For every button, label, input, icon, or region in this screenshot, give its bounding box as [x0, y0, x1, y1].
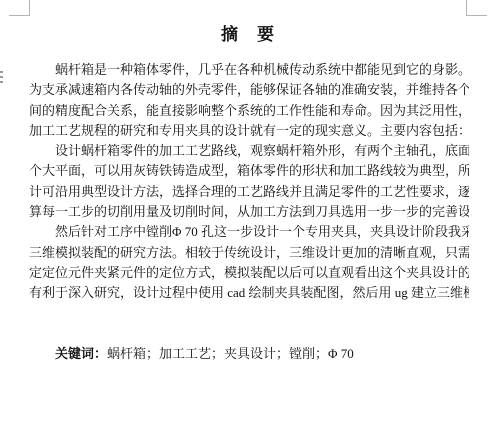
keywords-line: 关键词：蜗杆箱；加工工艺；夹具设计；镗削；Φ 70: [29, 344, 469, 364]
text-line: 算每一工步的切削用量及切削时间，从加工方法到刀具选用一步一步的完善设计。: [29, 202, 469, 222]
crop-mark-top-left-horizontal: [9, 15, 30, 16]
text-line: 个大平面，可以用灰铸铁铸造成型，箱体零件的形状和加工路线较为典型，所以设: [29, 161, 469, 181]
text-line: 蜗杆箱是一种箱体零件，几乎在各种机械传动系统中都能见到它的身影。它作: [29, 60, 469, 80]
page-edge-marker: [0, 71, 4, 86]
text-line: 加工工艺规程的研究和专用夹具的设计就有一定的现实意义。主要内容包括：: [29, 121, 469, 141]
paragraph-2: 设计蜗杆箱零件的加工工艺路线，观察蜗杆箱外形，有两个主轴孔，底面是一个大平面，可…: [29, 141, 469, 222]
page-title: 摘 要: [0, 20, 496, 45]
text-line: 有利于深入研究，设计过程中使用 cad 绘制夹具装配图，然后用 ug 建立三维模…: [29, 283, 469, 303]
crop-mark-top-left-vertical: [29, 0, 30, 16]
keywords-label: 关键词：: [55, 346, 107, 361]
crop-mark-top-right-horizontal: [466, 15, 487, 16]
text-line: 计可沿用典型设计方法，选择合理的工艺路线并且满足零件的工艺性要求，逐步计: [29, 182, 469, 202]
document-page: 摘 要 蜗杆箱是一种箱体零件，几乎在各种机械传动系统中都能见到它的身影。它作为支…: [0, 0, 496, 432]
abstract-body: 蜗杆箱是一种箱体零件，几乎在各种机械传动系统中都能见到它的身影。它作为支承减速箱…: [29, 60, 469, 304]
text-line: 定定位元件夹紧元件的定位方式，模拟装配以后可以直观看出这个夹具设计的优劣，: [29, 263, 469, 283]
text-line: 间的精度配合关系，能直接影响整个系统的工作性能和寿命。因为其泛用性，对它: [29, 101, 469, 121]
text-line: 为支承减速箱内各传动轴的外壳零件，能够保证各轴的准确安装，并维持各个轴之: [29, 80, 469, 100]
keywords-text: 蜗杆箱；加工工艺；夹具设计；镗削；Φ 70: [107, 346, 354, 361]
paragraph-3: 然后针对工序中镗削Φ 70 孔这一步设计一个专用夹具，夹具设计阶段我采用了三维模…: [29, 222, 469, 303]
text-line: 设计蜗杆箱零件的加工工艺路线，观察蜗杆箱外形，有两个主轴孔，底面是一: [29, 141, 469, 161]
paragraph-1: 蜗杆箱是一种箱体零件，几乎在各种机械传动系统中都能见到它的身影。它作为支承减速箱…: [29, 60, 469, 141]
text-line: 然后针对工序中镗削Φ 70 孔这一步设计一个专用夹具，夹具设计阶段我采用了: [29, 222, 469, 242]
crop-mark-top-right-vertical: [466, 0, 467, 16]
text-line: 三维模拟装配的研究方法。相较于传统设计，三维设计更加的清晰直观，只需要确: [29, 243, 469, 263]
